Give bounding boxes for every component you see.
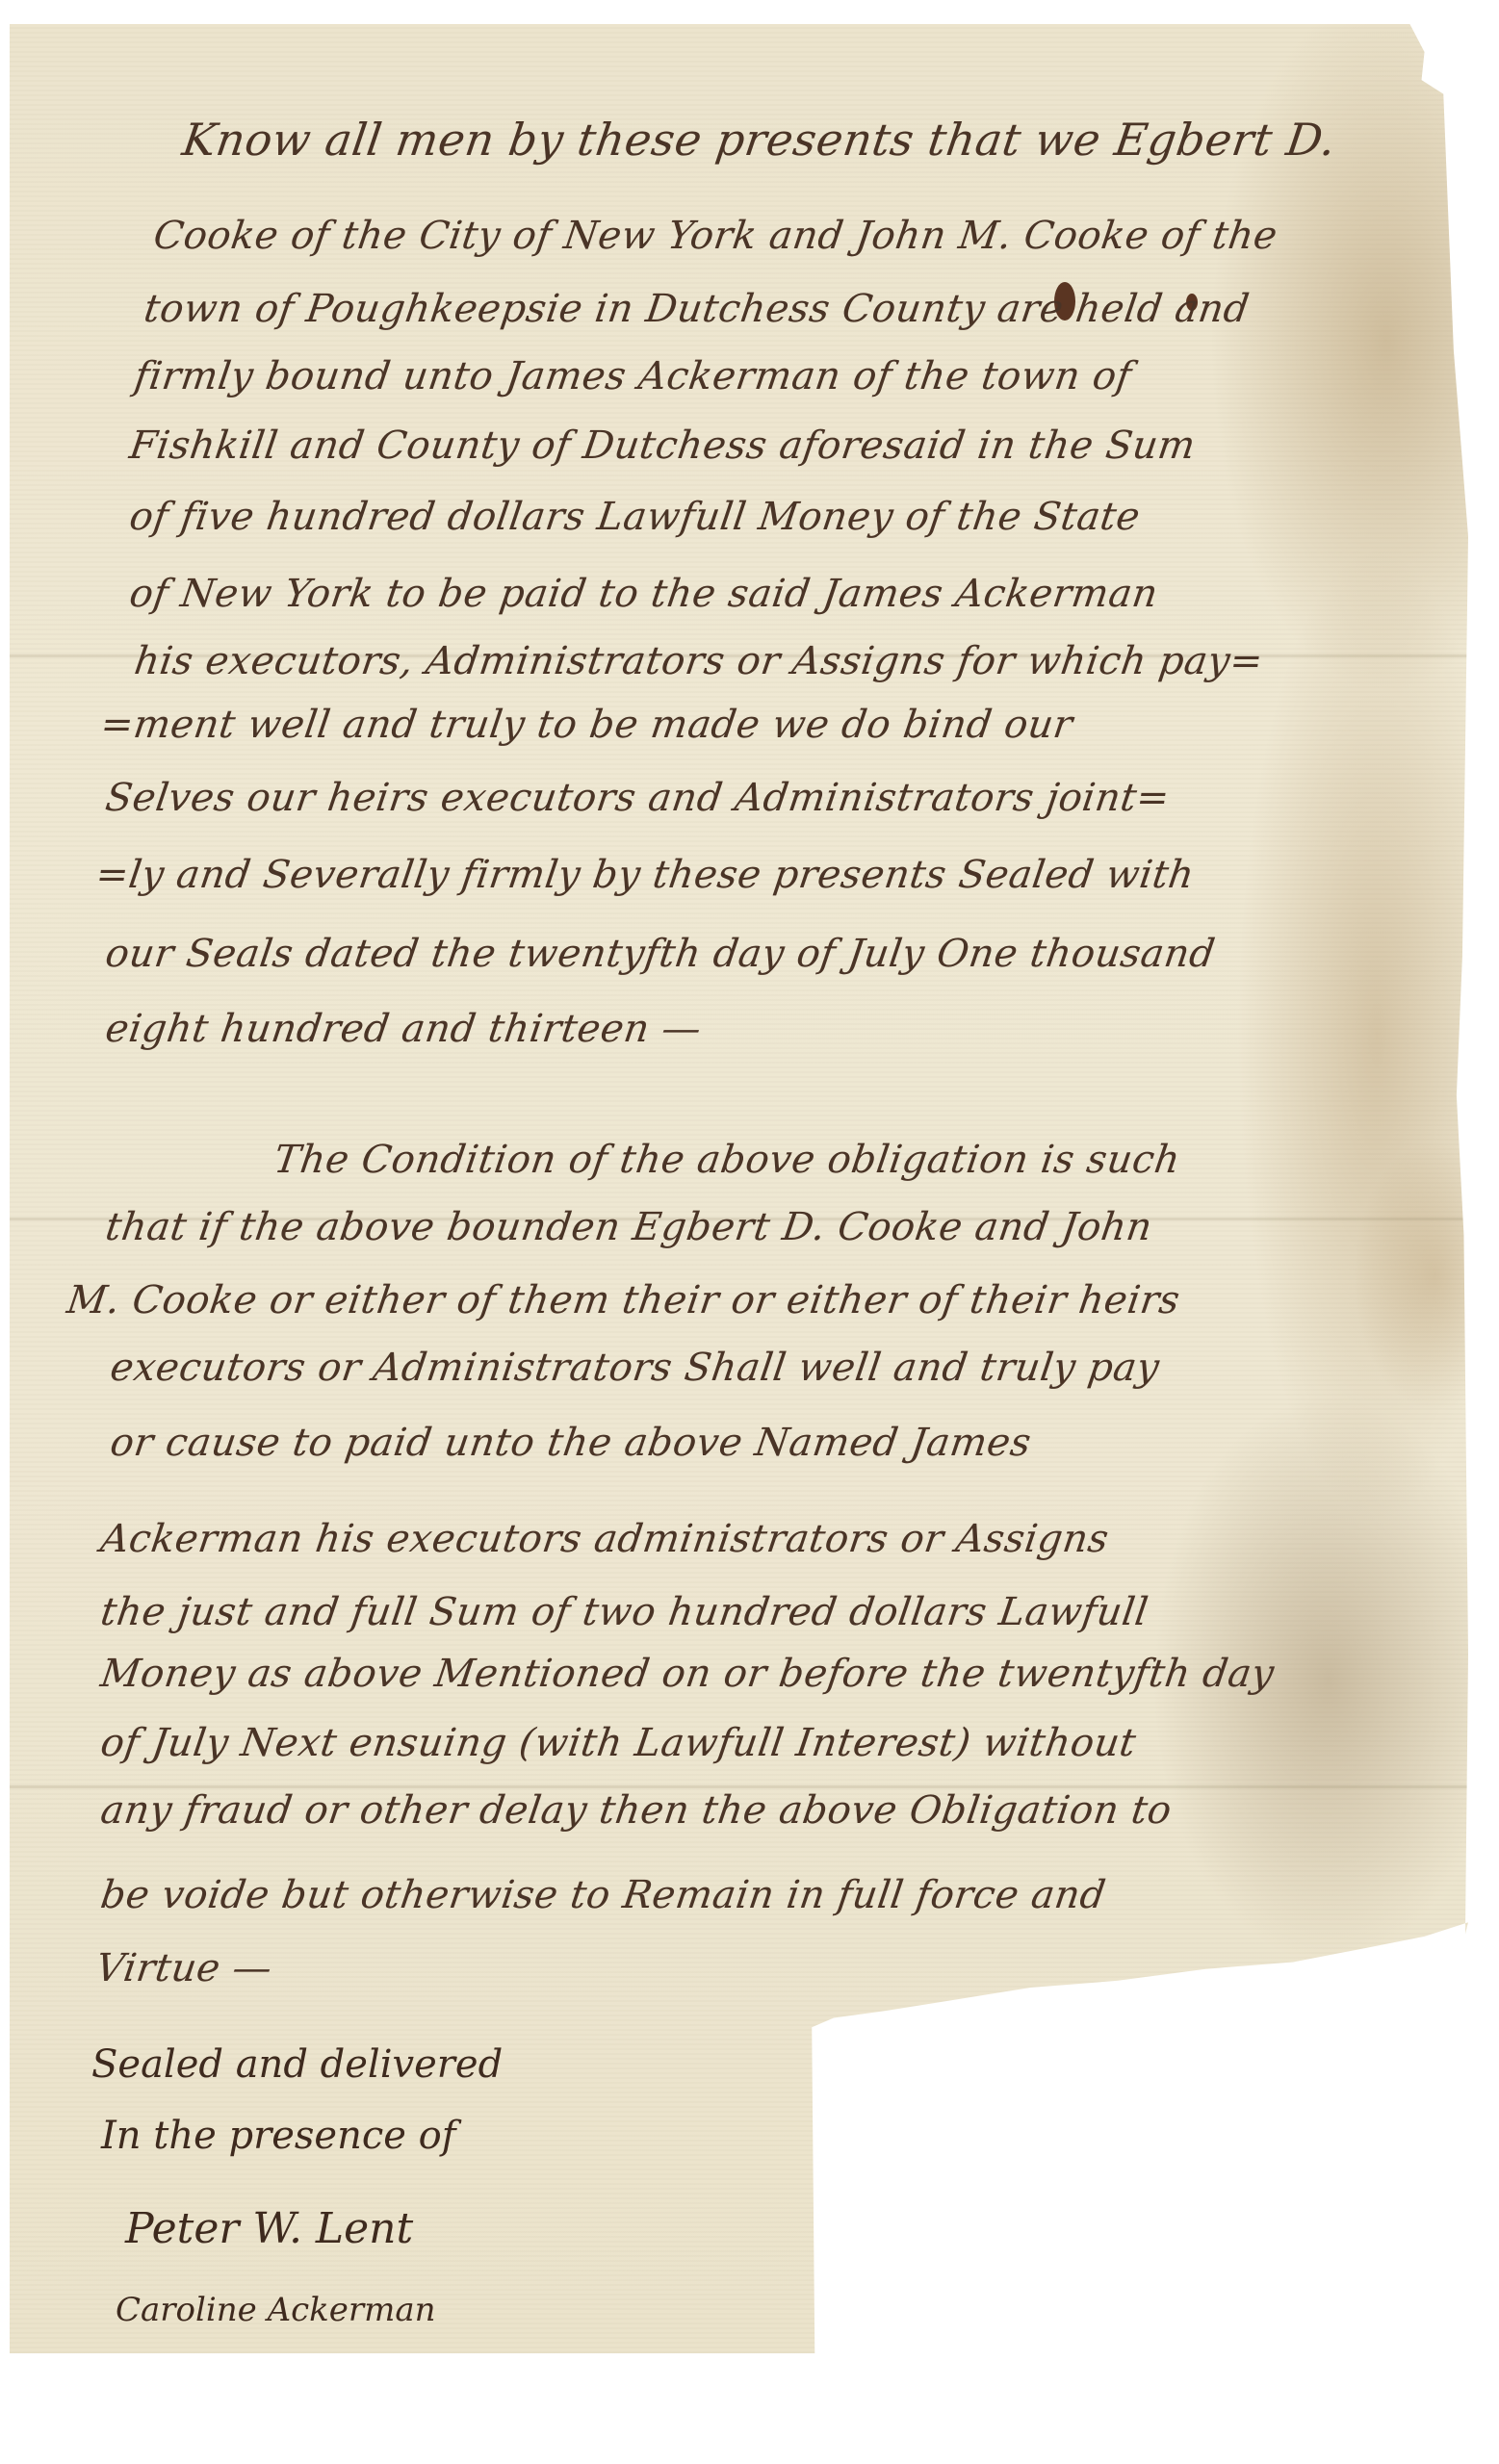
condition-line: be voide but otherwise to Remain in full… xyxy=(98,1873,1109,1917)
condition-line: executors or Administrators Shall well a… xyxy=(108,1346,1162,1390)
body-line: Fishkill and County of Dutchess aforesai… xyxy=(127,423,1199,468)
condition-line: or cause to paid unto the above Named Ja… xyxy=(108,1421,1034,1465)
condition-line: the just and full Sum of two hundred dol… xyxy=(98,1590,1151,1634)
body-line: his executors, Administrators or Assigns… xyxy=(132,639,1266,683)
body-line: Know all men by these presents that we E… xyxy=(179,114,1339,166)
body-line: eight hundred and thirteen — xyxy=(103,1007,705,1051)
witness-signature: Caroline Ackerman xyxy=(116,2291,436,2329)
condition-line: M. Cooke or either of them their or eith… xyxy=(65,1278,1183,1322)
presence-of-label: In the presence of xyxy=(101,2114,456,2158)
body-line: of five hundred dollars Lawfull Money of… xyxy=(127,495,1143,539)
condition-line: that if the above bounden Egbert D. Cook… xyxy=(103,1205,1155,1249)
condition-line: Virtue — xyxy=(93,1946,275,1990)
body-line: Cooke of the City of New York and John M… xyxy=(151,214,1280,258)
body-line: =ment well and truly to be made we do bi… xyxy=(98,703,1075,747)
body-line: our Seals dated the twentyfth day of Jul… xyxy=(103,932,1218,976)
body-line: =ly and Severally firmly by these presen… xyxy=(93,853,1198,897)
condition-line: The Condition of the above obligation is… xyxy=(271,1138,1183,1182)
sealed-delivered-label: Sealed and delivered xyxy=(91,2042,503,2087)
witness-signature: Peter W. Lent xyxy=(125,2204,413,2253)
condition-line: Ackerman his executors administrators or… xyxy=(98,1517,1112,1561)
body-line: firmly bound unto James Ackerman of the … xyxy=(132,354,1135,398)
condition-line: of July Next ensuing (with Lawfull Inter… xyxy=(98,1721,1139,1765)
condition-line: Money as above Mentioned on or before th… xyxy=(98,1652,1278,1696)
condition-line: any fraud or other delay then the above … xyxy=(98,1788,1175,1833)
body-line: town of Poughkeepsie in Dutchess County … xyxy=(142,287,1253,331)
body-line: Selves our heirs executors and Administr… xyxy=(103,776,1173,820)
body-line: of New York to be paid to the said James… xyxy=(127,572,1161,616)
